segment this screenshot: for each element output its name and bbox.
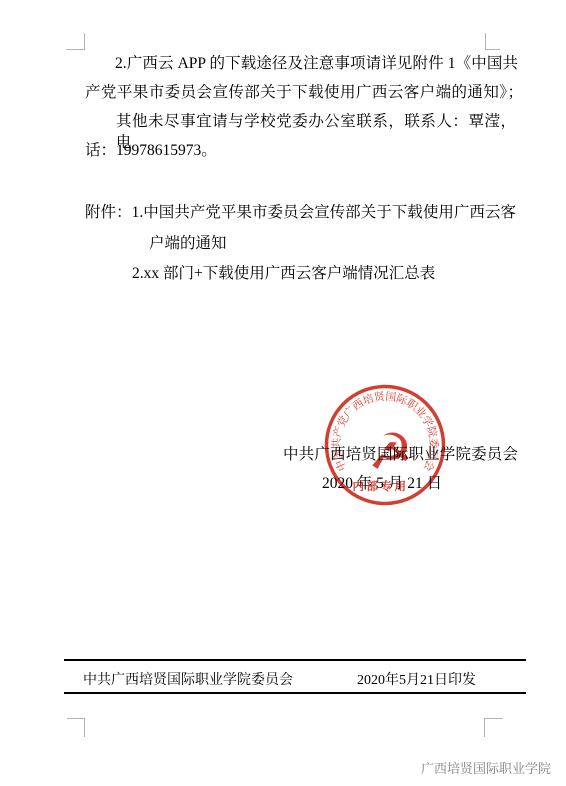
crop-mark-top-left-icon bbox=[66, 33, 85, 50]
body-paragraph-line: 产党平果市委员会宣传部关于下载使用广西云客户端的通知》； bbox=[85, 82, 523, 103]
attachment-list-line: 户端的通知 bbox=[149, 233, 227, 254]
crop-mark-top-right-icon bbox=[485, 33, 500, 50]
body-paragraph-line: 话：19978615973。 bbox=[85, 140, 217, 161]
seal-bottom-text: 内部专用 bbox=[353, 479, 409, 493]
attachment-list-line: 2.xx 部门+下载使用广西云客户端情况汇总表 bbox=[132, 263, 435, 284]
body-paragraph-line: 2.广西云 APP 的下载途径及注意事项请详见附件 1《中国共 bbox=[115, 53, 518, 74]
institution-watermark: 广西培贤国际职业学院 bbox=[421, 758, 551, 777]
document-page: 2.广西云 APP 的下载途径及注意事项请详见附件 1《中国共 产党平果市委员会… bbox=[0, 0, 566, 786]
hammer-sickle-emblem-icon: ☭ bbox=[368, 423, 413, 481]
attachment-list-line: 附件：1.中国共产党平果市委员会宣传部关于下载使用广西云客 bbox=[85, 202, 516, 223]
footer-rule-top bbox=[64, 659, 526, 661]
footer-issuer: 中共广西培贤国际职业学院委员会 bbox=[83, 672, 293, 690]
footer-rule-bottom bbox=[64, 692, 526, 694]
crop-mark-bottom-right-icon bbox=[484, 718, 503, 737]
crop-mark-bottom-left-icon bbox=[67, 718, 85, 737]
footer-issue-date: 2020年5月21日印发 bbox=[357, 672, 476, 690]
official-seal: 中国共产党广西培贤国际职业学院委员会 ☭ 内部专用 bbox=[320, 380, 450, 510]
